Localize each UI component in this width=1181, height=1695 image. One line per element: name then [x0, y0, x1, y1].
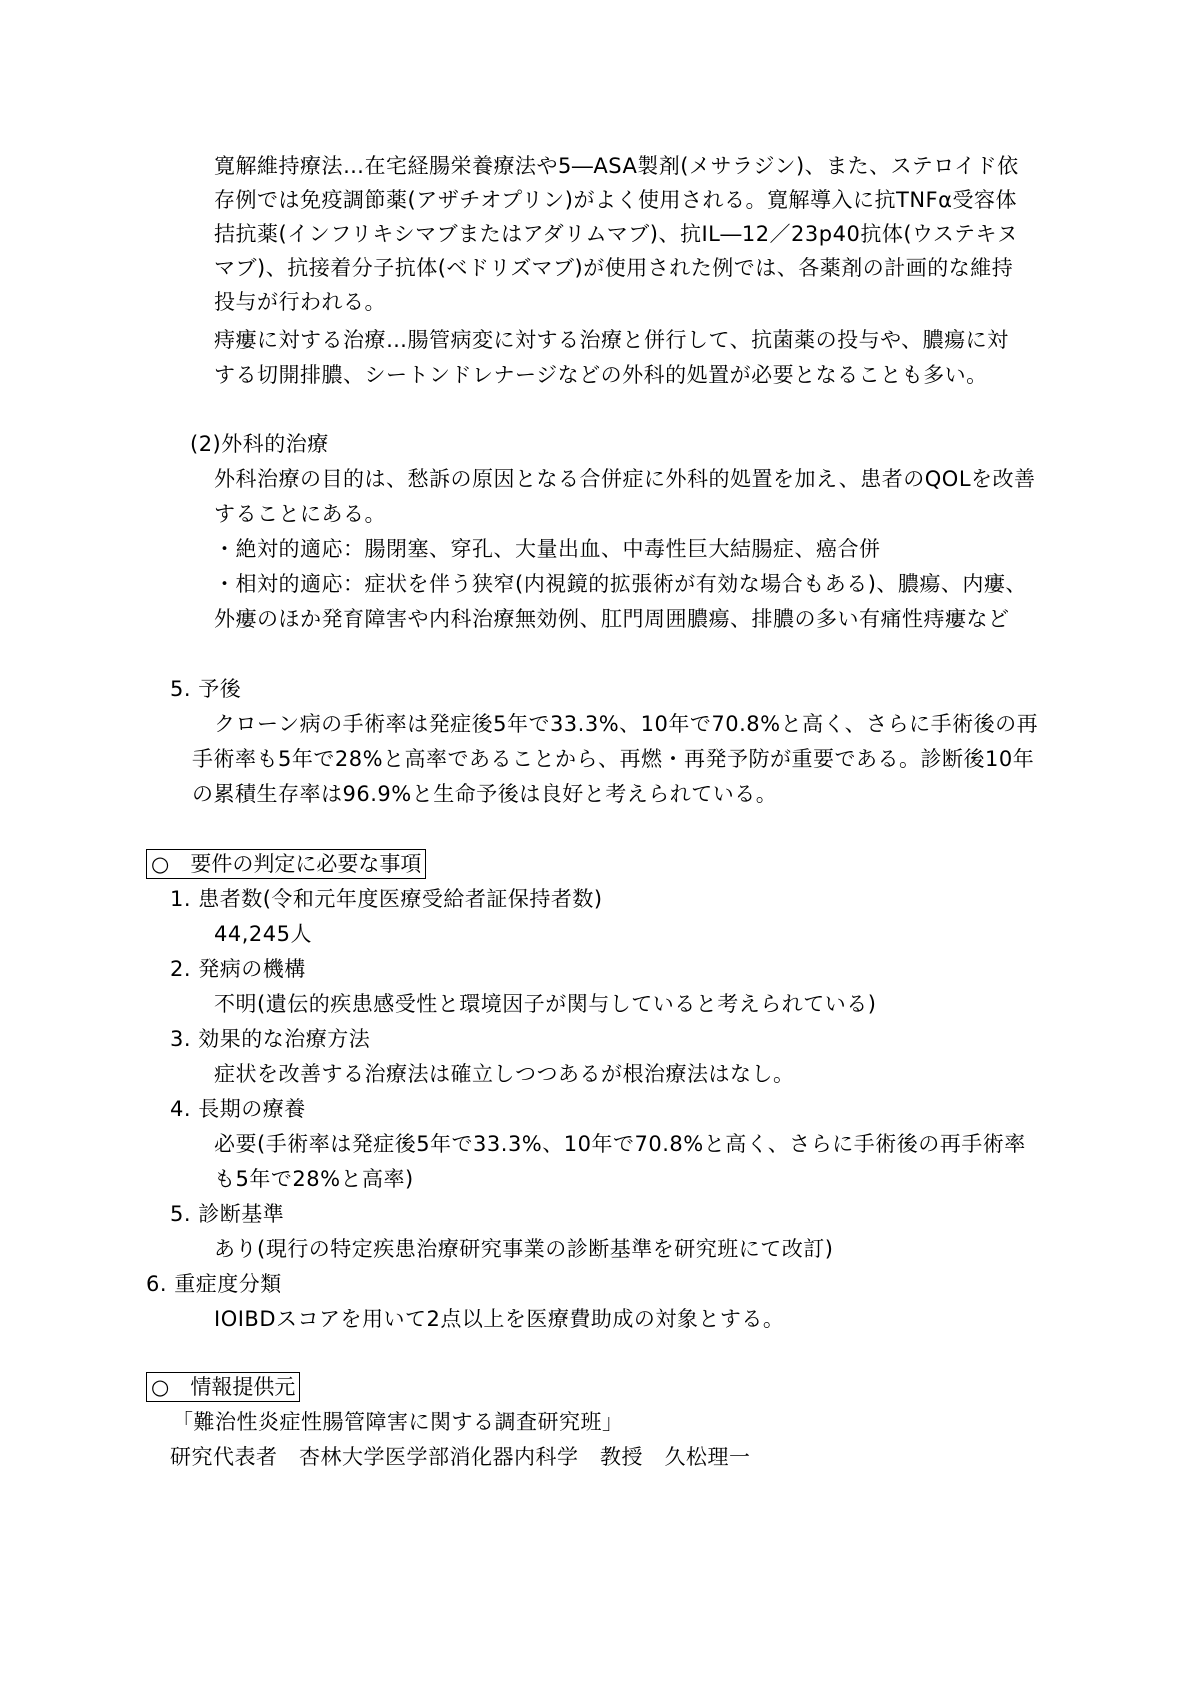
requirement-body: 必要(手術率は発症後5年で33.3%、10年で70.8%と高く、さらに手術後の再… [214, 1130, 1026, 1158]
requirement-heading: 4. 長期の療養 [170, 1095, 306, 1123]
prognosis-line: クローン病の手術率は発症後5年で33.3%、10年で70.8%と高く、さらに手術… [214, 710, 1038, 738]
source-section-title: ○ 情報提供元 [146, 1372, 300, 1402]
prognosis-heading: 5. 予後 [170, 675, 241, 703]
maintenance-line: 拮抗薬(インフリキシマブまたはアダリムマブ)、抗IL―12／23p40抗体(ウス… [214, 220, 1018, 248]
maintenance-line: 投与が行われる。 [214, 288, 386, 316]
surgical-line: 外科治療の目的は、愁訴の原因となる合併症に外科的処置を加え、患者のQOLを改善 [214, 465, 1036, 493]
surgical-line: することにある。 [214, 500, 386, 528]
maintenance-line: マブ)、抗接着分子抗体(ベドリズマブ)が使用された例では、各薬剤の計画的な維持 [214, 254, 1013, 282]
surgical-line: 外瘻のほか発育障害や内科治療無効例、肛門周囲膿瘍、排膿の多い有痛性痔瘻など [214, 605, 1010, 633]
requirement-body: 44,245人 [214, 920, 312, 948]
requirement-body: IOIBDスコアを用いて2点以上を医療費助成の対象とする。 [214, 1305, 784, 1333]
requirement-body: 不明(遺伝的疾患感受性と環境因子が関与していると考えられている) [214, 990, 876, 1018]
requirement-heading: 3. 効果的な治療方法 [170, 1025, 370, 1053]
requirement-heading: 1. 患者数(令和元年度医療受給者証保持者数) [170, 885, 603, 913]
prognosis-line: の累積生存率は96.9%と生命予後は良好と考えられている。 [192, 780, 777, 808]
requirement-heading: 5. 診断基準 [170, 1200, 284, 1228]
fistula-line: 痔瘻に対する治療…腸管病変に対する治療と併行して、抗菌薬の投与や、膿瘍に対 [214, 326, 1009, 354]
requirements-section-title: ○ 要件の判定に必要な事項 [146, 849, 426, 879]
fistula-line: する切開排膿、シートンドレナージなどの外科的処置が必要となることも多い。 [214, 361, 988, 389]
research-group-name: 「難治性炎症性腸管障害に関する調査研究班」 [172, 1408, 624, 1436]
requirement-body: あり(現行の特定疾患治療研究事業の診断基準を研究班にて改訂) [214, 1235, 833, 1263]
surgical-line: ・相対的適応：症状を伴う狭窄(内視鏡的拡張術が有効な場合もある)、膿瘍、内瘻、 [214, 570, 1027, 598]
requirement-body: 症状を改善する治療法は確立しつつあるが根治療法はなし。 [214, 1060, 795, 1088]
surgical-heading: (2)外科的治療 [190, 430, 329, 458]
maintenance-line: 寛解維持療法…在宅経腸栄養療法や5―ASA製剤(メサラジン)、また、ステロイド依 [214, 152, 1019, 180]
requirement-heading: 6. 重症度分類 [146, 1270, 282, 1298]
requirement-body: も5年で28%と高率) [214, 1165, 414, 1193]
requirement-heading: 2. 発病の機構 [170, 955, 306, 983]
research-representative: 研究代表者 杏林大学医学部消化器内科学 教授 久松理一 [170, 1443, 751, 1471]
maintenance-line: 存例では免疫調節薬(アザチオプリン)がよく使用される。寛解導入に抗TNFα受容体 [214, 186, 1017, 214]
prognosis-line: 手術率も5年で28%と高率であることから、再燃・再発予防が重要である。診断後10… [192, 745, 1034, 773]
surgical-line: ・絶対的適応：腸閉塞、穿孔、大量出血、中毒性巨大結腸症、癌合併 [214, 535, 881, 563]
